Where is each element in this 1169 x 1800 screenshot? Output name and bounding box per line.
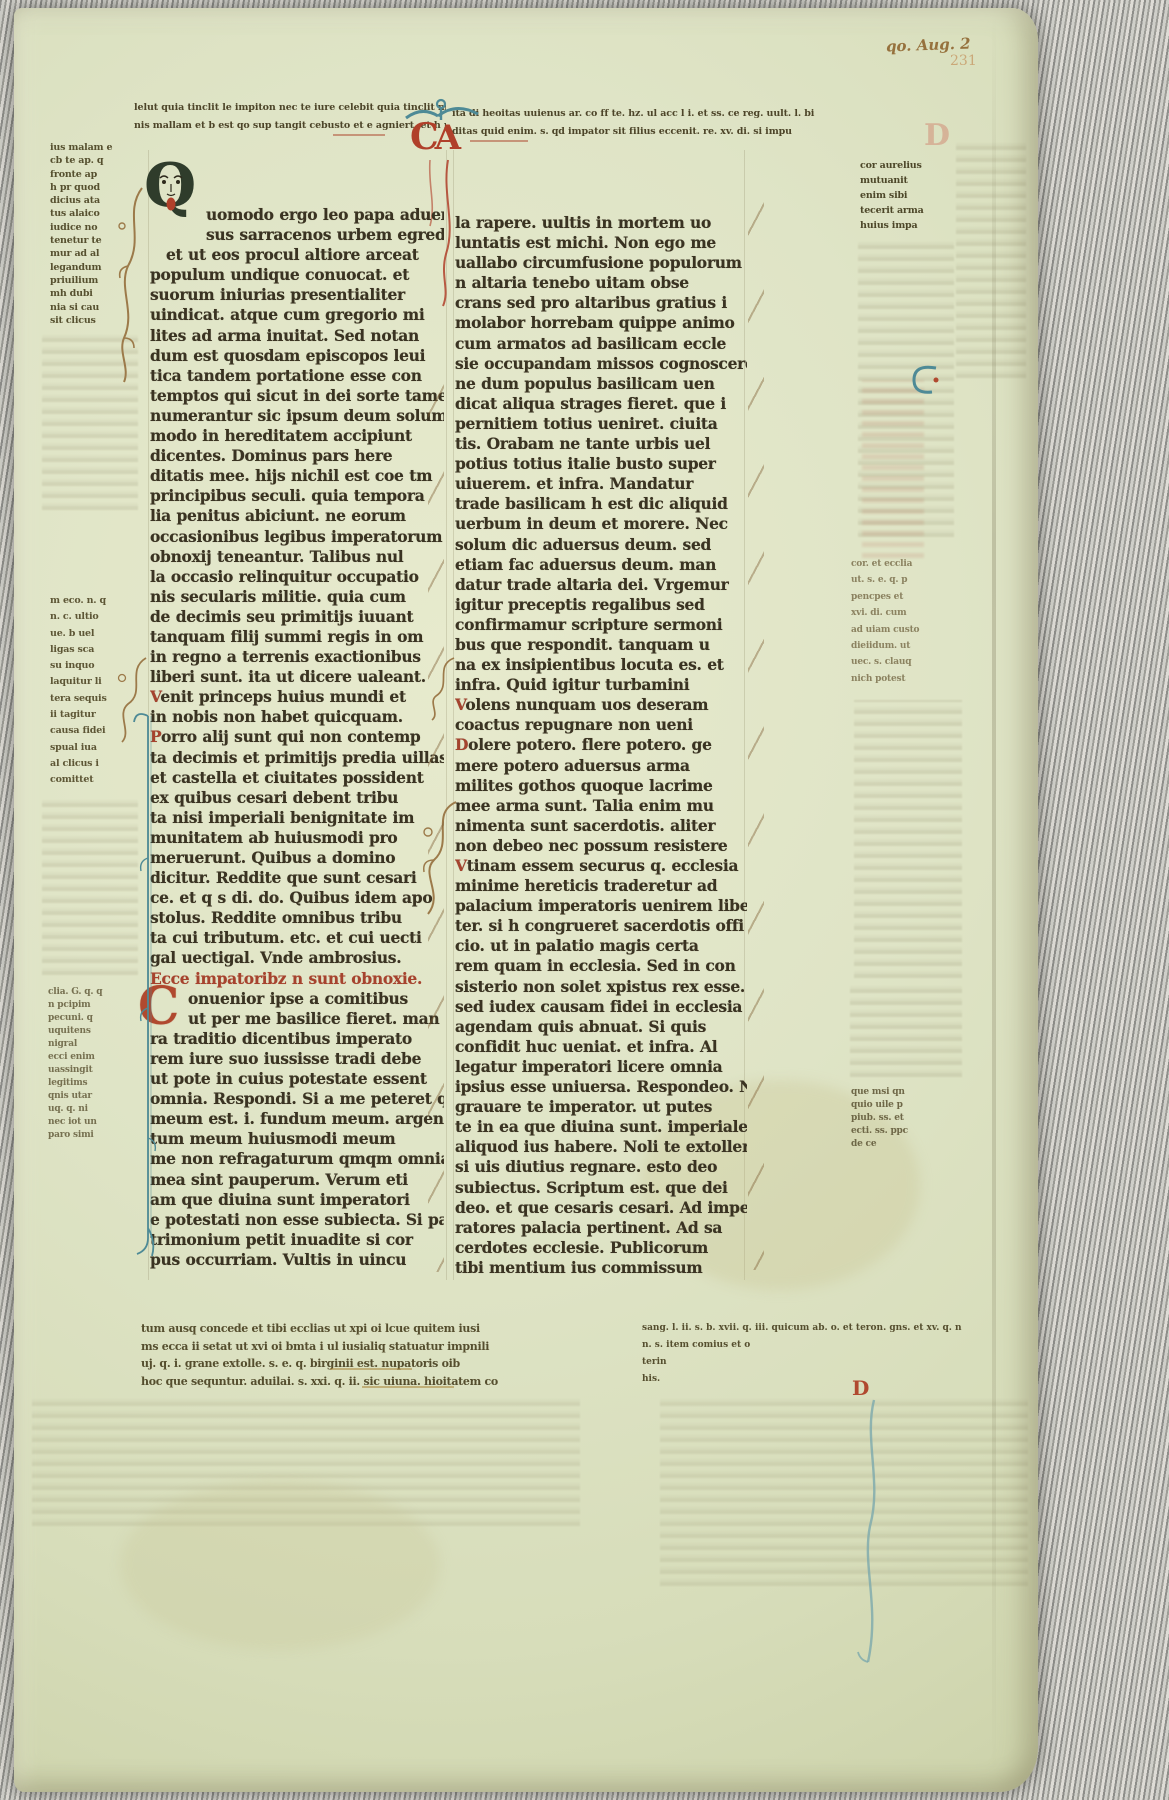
gloss-line: ecti. ss. ppc [851, 1125, 957, 1138]
gloss-line: ue. b uel [50, 626, 138, 642]
gloss-line: cor aurelius [860, 158, 960, 173]
gloss-line: xvi. di. cum [851, 605, 957, 621]
text-line: rem iure suo iussisse tradi debe [150, 1049, 444, 1069]
gloss-line: dicius ata [50, 194, 138, 207]
gloss-line: nich potest [851, 671, 957, 687]
gloss-line: ius malam e [50, 141, 138, 154]
colored-initial: D [455, 735, 468, 754]
footnote-gloss-right: sang. l. ii. s. b. xvii. q. iii. quicum … [642, 1320, 974, 1388]
text-line: am que diuina sunt imperatori [150, 1190, 444, 1210]
text-line: meruerunt. Quibus a domino [150, 848, 444, 868]
text-line: cio. ut in palatio magis certa [455, 936, 747, 956]
text-line: de decimis seu primitijs iuuant [150, 607, 444, 627]
gloss-line: h pr quod [50, 181, 138, 194]
text-line: uiuerem. et infra. Mandatur [455, 474, 747, 494]
gloss-line: pencpes et [851, 589, 957, 605]
gloss-line: tenetur te [50, 234, 138, 247]
line-end-marks [428, 382, 444, 1272]
gloss-line: quio uile p [851, 1099, 957, 1112]
text-line: lia penitus abiciunt. ne eorum [150, 506, 444, 526]
header-gloss-left: lelut quia tinclit le impiton nec te iur… [134, 99, 446, 135]
gloss-line: uquitens [48, 1025, 138, 1038]
text-line: n altaria tenebo uitam obse [455, 273, 747, 293]
text-line: confidit huc ueniat. et infra. Al [455, 1037, 747, 1057]
text-line: ut pote in cuius potestate essent [150, 1069, 444, 1089]
blue-filigree-bar [128, 708, 158, 1258]
text-line: ra traditio dicentibus imperato [150, 1029, 444, 1049]
text-line: gal uectigal. Vnde ambrosius. [150, 948, 444, 968]
text-line: dicentes. Dominus pars here [150, 446, 444, 466]
gloss-line: comittet [50, 772, 138, 788]
text-column-left: uomodo ergo leo papa aduersus sarracenos… [150, 205, 444, 1270]
gloss-line: laquitur li [50, 674, 138, 690]
footnote-gloss-left: tum ausq concede et tibi ecclias ut xpi … [141, 1320, 581, 1390]
text-line: dicitur. Reddite que sunt cesari [150, 868, 444, 888]
text-line: crans sed pro altaribus gratius i [455, 293, 747, 313]
text-line: minime hereticis traderetur ad [455, 876, 747, 896]
text-line: in nobis non habet quicquam. [150, 707, 444, 727]
gloss-line: huius impa [860, 218, 960, 233]
gloss-line: uec. s. clauq [851, 654, 957, 670]
red-initial-bleed: D [924, 118, 950, 153]
text-line: na ex insipientibus locuta es. et [455, 655, 747, 675]
text-line: aliquod ius habere. Noli te extollere [455, 1137, 747, 1157]
text-line: me non refragaturum qmqm omnia [150, 1149, 444, 1169]
text-line: rem quam in ecclesia. Sed in con [455, 956, 747, 976]
text-line: temptos qui sicut in dei sorte tamen [150, 386, 444, 406]
text-line: tica tandem portatione esse con [150, 366, 444, 386]
text-line: ut per me basilice fieret. man [150, 1009, 444, 1029]
monogram-letter-a: A [435, 118, 461, 158]
footnote-line: n. s. item comius et o [642, 1337, 974, 1354]
text-line: si uis diutius regnare. esto deo [455, 1157, 747, 1177]
text-line: sie occupandam missos cognoscere [455, 354, 747, 374]
header-line: nis mallam et b est qo sup tangit cebust… [134, 117, 446, 135]
text-line: Dolere potero. flere potero. ge [455, 735, 747, 755]
gloss-line: nigral [48, 1038, 138, 1051]
gloss-line: uassingit [48, 1064, 138, 1077]
text-line: legatur imperatori licere omnia [455, 1057, 747, 1077]
footnote-line: terin [642, 1354, 974, 1371]
text-line: uallabo circumfusione populorum [455, 253, 747, 273]
text-line: luntatis est michi. Non ego me [455, 233, 747, 253]
margin-gloss-left-1: ius malam ecb te ap. qfronte aph pr quod… [50, 141, 138, 327]
text-line: non debeo nec possum resistere [455, 836, 747, 856]
text-line: cerdotes ecclesie. Publicorum [455, 1238, 747, 1258]
text-line: nimenta sunt sacerdotis. aliter [455, 816, 747, 836]
text-line: uerbum in deum et morere. Nec [455, 514, 747, 534]
text-line: occasionibus legibus imperatorum [150, 527, 444, 547]
text-line: igitur preceptis regalibus sed [455, 595, 747, 615]
text-line: et ut eos procul altiore arceat [150, 245, 444, 265]
gloss-line: iudice no [50, 221, 138, 234]
text-line: la rapere. uultis in mortem uo [455, 213, 747, 233]
text-line: Vtinam essem securus q. ecclesia [455, 856, 747, 876]
text-line: ex quibus cesari debent tribu [150, 788, 444, 808]
show-through-text [854, 700, 962, 978]
text-line: tis. Orabam ne tante urbis uel [455, 434, 747, 454]
text-line: ditatis mee. hijs nichil est coe tm [150, 466, 444, 486]
text-line: mee arma sunt. Talia enim mu [455, 796, 747, 816]
text-line: ta decimis et primitijs predia uillas [150, 748, 444, 768]
footnote-line: sang. l. ii. s. b. xvii. q. iii. quicum … [642, 1320, 974, 1337]
text-line: obnoxij teneantur. Talibus nul [150, 547, 444, 567]
text-line: palacium imperatoris uenirem liben [455, 896, 747, 916]
text-line: grauare te imperator. ut putes [455, 1097, 747, 1117]
gloss-line: priuilium [50, 274, 138, 287]
text-line: sed iudex causam fidei in ecclesia [455, 997, 747, 1017]
text-line: nis secularis militie. quia cum [150, 587, 444, 607]
text-line: ter. si h congrueret sacerdotis offi [455, 916, 747, 936]
show-through-red-text [862, 380, 924, 558]
text-line: principibus seculi. quia tempora [150, 486, 444, 506]
gloss-line: cor. et ecclia [851, 556, 957, 572]
text-line: Venit princeps huius mundi et [150, 687, 444, 707]
gloss-line: ut. s. e. q. p [851, 572, 957, 588]
header-line: ditas quid enim. s. qd impator sit filiu… [452, 123, 824, 141]
gloss-line: clia. G. q. q [48, 986, 138, 999]
text-line: trade basilicam h est dic aliquid [455, 494, 747, 514]
gloss-line: tera sequis [50, 691, 138, 707]
gloss-line: ii tagitur [50, 707, 138, 723]
footnote-line: hoc que sequntur. aduilai. s. xxi. q. ii… [141, 1373, 581, 1391]
show-through-text [660, 1398, 1028, 1586]
margin-gloss-right-3: que msi qnquio uile ppiub. ss. etecti. s… [851, 1086, 957, 1151]
gloss-line: ecci enim [48, 1051, 138, 1064]
manuscript-photo: D qo. Aug. 2 231 lelut quia tinclit le i… [0, 0, 1169, 1800]
text-line: infra. Quid igitur turbamini [455, 675, 747, 695]
header-gloss-right: ita di heoitas uuienus ar. co ff te. hz.… [452, 105, 824, 141]
text-line: tibi mentium ius commissum [455, 1258, 747, 1278]
footnote-line: ms ecca ii setat ut xvi oi bmta i ul ius… [141, 1338, 581, 1356]
text-line: ta nisi imperiali benignitate im [150, 808, 444, 828]
gloss-line: legitims [48, 1077, 138, 1090]
text-line: cum armatos ad basilicam eccle [455, 334, 747, 354]
text-line: uomodo ergo leo papa aduer [150, 205, 444, 225]
gloss-line: uq. q. ni [48, 1103, 138, 1116]
gloss-line: paro simi [48, 1129, 138, 1142]
gloss-line: n pcipim [48, 999, 138, 1012]
gloss-line: tecerit arma [860, 203, 960, 218]
text-line: coactus repugnare non ueni [455, 715, 747, 735]
text-line: ce. et q s di. do. Quibus idem apo [150, 888, 444, 908]
gloss-line: tus alaico [50, 207, 138, 220]
footnote-line: his. [642, 1371, 974, 1388]
text-line: deo. et que cesaris cesari. Ad impe [455, 1198, 747, 1218]
show-through-text [850, 985, 962, 1077]
text-line: Porro alij sunt qui non contemp [150, 727, 444, 747]
text-line: ta cui tributum. etc. et cui uecti [150, 928, 444, 948]
gloss-line: pecuni. q [48, 1012, 138, 1025]
text-line: etiam fac aduersus deum. man [455, 555, 747, 575]
text-line: et castella et ciuitates possident [150, 768, 444, 788]
show-through-text [42, 800, 138, 975]
text-line: ne dum populus basilicam uen [455, 374, 747, 394]
text-line: milites gothos quoque lacrime [455, 776, 747, 796]
text-line: populum undique conuocat. et [150, 265, 444, 285]
gloss-line: ligas sca [50, 642, 138, 658]
text-line: uindicat. atque cum gregorio mi [150, 305, 444, 325]
blue-paraph [906, 360, 942, 400]
gloss-line: al clicus i [50, 756, 138, 772]
gloss-line: mur ad al [50, 247, 138, 260]
gloss-line: piub. ss. et [851, 1112, 957, 1125]
gloss-line: ad uiam custo [851, 622, 957, 638]
text-line: dicat aliqua strages fieret. que i [455, 394, 747, 414]
gloss-line: sit clicus [50, 314, 138, 327]
text-line: e potestati non esse subiecta. Si pa [150, 1210, 444, 1230]
gold-underline [330, 1368, 412, 1370]
margin-gloss-left-3: clia. G. q. qn pcipimpecuni. ququitensni… [48, 986, 138, 1142]
parchment-stain [120, 1480, 440, 1650]
text-line: agendam quis abnuat. Si quis [455, 1017, 747, 1037]
red-underline [333, 134, 385, 136]
text-line: onuenior ipse a comitibus [150, 989, 444, 1009]
gold-underline [362, 1386, 454, 1388]
text-line: stolus. Reddite omnibus tribu [150, 908, 444, 928]
text-line: solum dic aduersus deum. sed [455, 535, 747, 555]
text-line: sisterio non solet xpistus rex esse. [455, 977, 747, 997]
gloss-line: qnis utar [48, 1090, 138, 1103]
text-line: mea sint pauperum. Verum eti [150, 1170, 444, 1190]
show-through-text [956, 140, 1026, 378]
blue-flourish-tail [852, 1398, 892, 1666]
text-line: Ecce impatoribz n sunt obnoxie. [150, 969, 444, 989]
gloss-line: mutuanit [860, 173, 960, 188]
gloss-line: enim sibi [860, 188, 960, 203]
text-line: confirmamur scripture sermoni [455, 615, 747, 635]
text-line: dum est quosdam episcopos leui [150, 346, 444, 366]
folio-number: 231 [950, 53, 977, 69]
text-line: ipsius esse uniuersa. Respondeo. Noli [455, 1077, 747, 1097]
text-line: pernitiem totius ueniret. ciuita [455, 414, 747, 434]
text-line: Volens nunquam uos deseram [455, 695, 747, 715]
gloss-line: legandum [50, 261, 138, 274]
gloss-line: de ce [851, 1138, 957, 1151]
gloss-line: spual iua [50, 740, 138, 756]
text-line: modo in hereditatem accipiunt [150, 426, 444, 446]
gloss-line: causa fidei [50, 723, 138, 739]
gloss-line: n. c. ultio [50, 609, 138, 625]
line-end-marks [748, 200, 764, 1270]
margin-gloss-right-2: cor. et eccliaut. s. e. q. ppencpes etxv… [851, 556, 957, 687]
text-line: numerantur sic ipsum deum solum [150, 406, 444, 426]
text-line: omnia. Respondi. Si a me peteret qd [150, 1089, 444, 1109]
gloss-line: que msi qn [851, 1086, 957, 1099]
text-line: te in ea que diuina sunt. imperiale [455, 1117, 747, 1137]
text-line: bus que respondit. tanquam u [455, 635, 747, 655]
gloss-line: fronte ap [50, 168, 138, 181]
gloss-line: m eco. n. q [50, 593, 138, 609]
footnote-line: tum ausq concede et tibi ecclias ut xpi … [141, 1320, 581, 1338]
text-line: suorum iniurias presentialiter [150, 285, 444, 305]
text-line: tanquam filij summi regis in om [150, 627, 444, 647]
text-line: sus sarracenos urbem egreditur. [150, 225, 444, 245]
text-line: tum meum huiusmodi meum [150, 1129, 444, 1149]
text-line: lites ad arma inuitat. Sed notan [150, 326, 444, 346]
gloss-line: nia si cau [50, 301, 138, 314]
text-line: datur trade altaria dei. Vrgemur [455, 575, 747, 595]
gloss-line: nec iot un [48, 1116, 138, 1129]
gloss-line: cb te ap. q [50, 154, 138, 167]
text-line: la occasio relinquitur occupatio [150, 567, 444, 587]
text-line: potius totius italie busto super [455, 454, 747, 474]
text-column-right: la rapere. uultis in mortem uoluntatis e… [455, 213, 747, 1278]
text-line: subiectus. Scriptum est. que dei [455, 1178, 747, 1198]
gloss-line: mh dubi [50, 287, 138, 300]
gloss-line: su inquo [50, 658, 138, 674]
text-line: trimonium petit inuadite si cor [150, 1230, 444, 1250]
text-line: liberi sunt. ita ut dicere ualeant. [150, 667, 444, 687]
margin-gloss-left-2: m eco. n. qn. c. ultioue. b uelligas sca… [50, 593, 138, 789]
text-line: ratores palacia pertinent. Ad sa [455, 1218, 747, 1238]
monogram-letters: CA [410, 116, 461, 158]
text-line: munitatem ab huiusmodi pro [150, 828, 444, 848]
text-line: mere potero aduersus arma [455, 756, 747, 776]
margin-gloss-right-1: cor aureliusmutuanitenim sibitecerit arm… [860, 158, 960, 233]
text-line: molabor horrebam quippe animo [455, 313, 747, 333]
header-line: ita di heoitas uuienus ar. co ff te. hz.… [452, 105, 824, 123]
gloss-line: dieiidum. ut [851, 638, 957, 654]
text-line: pus occurriam. Vultis in uincu [150, 1250, 444, 1270]
header-line: lelut quia tinclit le impiton nec te iur… [134, 99, 446, 117]
text-line: in regno a terrenis exactionibus [150, 647, 444, 667]
text-line: meum est. i. fundum meum. argen [150, 1109, 444, 1129]
